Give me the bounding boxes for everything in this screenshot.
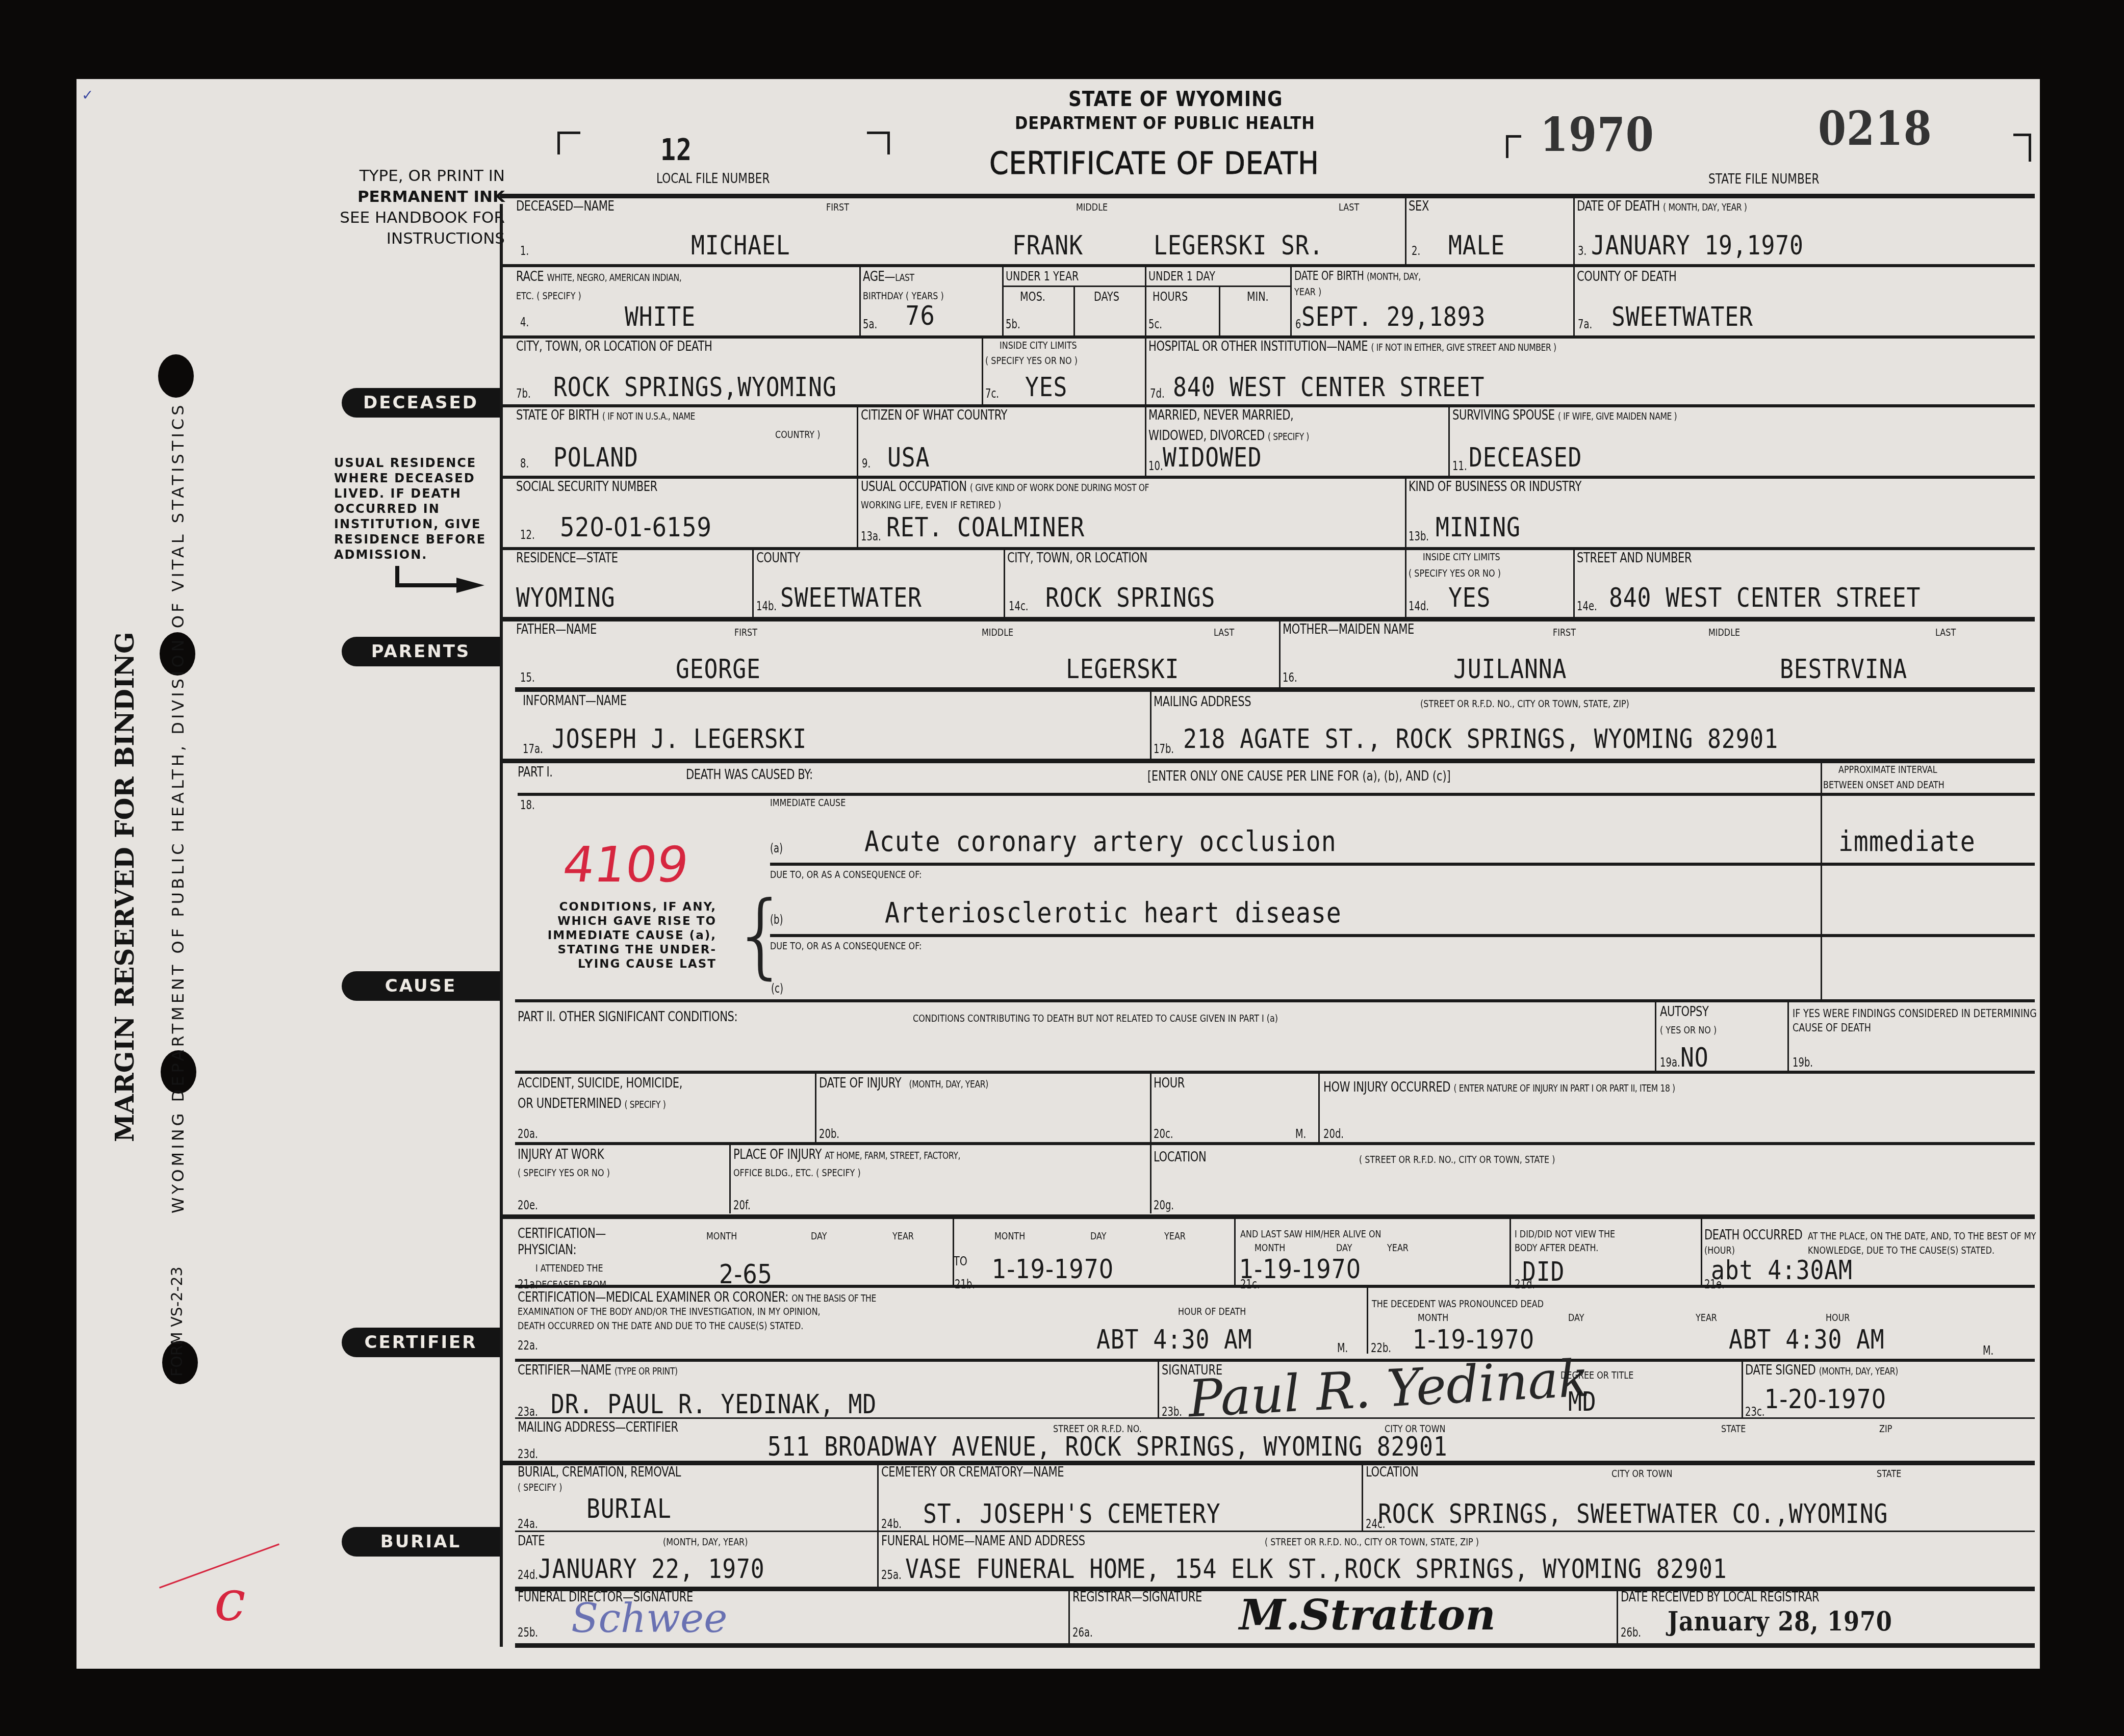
deceased-last-name: LEGERSKI SR. [1154,230,1323,261]
rule [515,1071,2035,1074]
divider [1405,196,1406,265]
rule [515,1643,2035,1648]
field-number: 13a. [861,529,881,543]
burial-date-value: JANUARY 22, 1970 [538,1554,765,1585]
divider [1318,1071,1320,1142]
industry-label: KIND OF BUSINESS OR INDUSTRY [1409,479,1581,495]
am-pm-suffix: M. [1983,1343,1993,1358]
divider [953,1219,954,1285]
divider [1145,265,1146,336]
under-1-year-label: UNDER 1 YEAR [1006,269,1079,283]
day-label: DAY [1336,1241,1352,1254]
rule [502,264,2035,267]
field-number: 20c. [1154,1127,1173,1141]
rule [502,759,2035,763]
divider [857,405,858,477]
injury-location-label: LOCATION [1154,1150,1206,1165]
cemetery-value: ST. JOSEPH'S CEMETERY [923,1499,1220,1530]
residence-city-value: ROCK SPRINGS [1045,583,1215,613]
min-label: MIN. [1247,290,1269,304]
dob-value: SEPT. 29,1893 [1301,302,1486,332]
funeral-home-hint: ( STREET OR R.F.D. NO., CITY OR TOWN, ST… [1265,1536,1479,1548]
occupation-label: USUAL OCCUPATION ( GIVE KIND OF WORK DON… [861,479,1149,495]
field-number: 25b. [518,1625,538,1640]
first-label: FIRST [1553,626,1576,638]
days-label: DAYS [1094,290,1119,304]
accident-label-2: OR UNDETERMINED ( SPECIFY ) [518,1096,666,1111]
father-first: GEORGE [676,654,761,685]
field-number: 17a. [523,742,543,756]
mailing-address-label: MAILING ADDRESS [1154,694,1251,710]
field-number: 14b. [756,599,777,613]
arrow-right-icon [395,583,459,587]
form-left-border [500,204,503,1647]
year-label: YEAR [1164,1230,1186,1242]
city-label: CITY OR TOWN [1611,1467,1672,1480]
divider [859,265,861,336]
divider [1573,265,1575,336]
divider [1290,265,1292,336]
field-number: 24d. [518,1568,538,1582]
residence-inside-label: INSIDE CITY LIMITS [1423,551,1500,563]
section-tab-cause: CAUSE [342,971,500,1001]
death-occurred-note: AT THE PLACE, ON THE DATE, AND, TO THE B… [1808,1229,2057,1257]
first-label: FIRST [826,201,849,213]
state-of-birth-hint: COUNTRY ) [775,428,820,441]
day-label: DAY [1568,1311,1584,1324]
year-label: YEAR [1696,1311,1717,1324]
rule [515,687,2035,692]
usual-residence-note: USUAL RESIDENCE WHERE DECEASED LIVED. IF… [334,455,486,562]
divider [857,477,858,548]
due-to-label: DUE TO, OR AS A CONSEQUENCE OF: [770,868,922,880]
dob-hint: YEAR ) [1294,286,1321,298]
me-text-2: DEATH OCCURRED ON THE DATE AND DUE TO TH… [518,1319,803,1332]
hospital-label: HOSPITAL OR OTHER INSTITUTION—NAME ( IF … [1148,339,1556,354]
divider [1362,1463,1363,1532]
field-number: 23b. [1162,1405,1182,1419]
last-label: LAST [1339,201,1359,213]
informant-mailing-value: 218 AGATE ST., ROCK SPRINGS, WYOMING 829… [1183,724,1778,755]
field-number: (b) [770,913,783,927]
deceased-from-label: DECEASED FROM [535,1278,606,1290]
field-number: 14e. [1577,599,1597,613]
immediate-cause-label: IMMEDIATE CAUSE [770,796,846,809]
view-body-label-2: BODY AFTER DEATH. [1515,1241,1598,1254]
margin-agency-text: WYOMING DEPARTMENT OF PUBLIC HEALTH, DIV… [168,402,188,1214]
viewed-value: DID [1522,1257,1565,1287]
divider [1004,548,1005,618]
autopsy-value: NO [1680,1043,1709,1073]
state-file-corner-mark [2013,134,2031,162]
rule [502,1214,2035,1219]
year-label: YEAR [892,1230,914,1242]
month-label: MONTH [994,1230,1025,1242]
residence-state-value: WYOMING [516,583,615,613]
cause-b-value: Arteriosclerotic heart disease [885,896,1342,929]
field-number: 4. [520,315,529,329]
am-pm-suffix: M. [1295,1127,1306,1141]
residence-state-label: RESIDENCE—STATE [516,551,618,566]
divider [1234,1219,1236,1285]
spouse-value: DECEASED [1469,443,1582,473]
document-title: CERTIFICATE OF DEATH [989,146,1319,182]
me-label: CERTIFICATION—MEDICAL EXAMINER OR CORONE… [518,1290,876,1305]
field-number: (c) [771,981,783,996]
rule [502,476,2035,479]
place-of-injury-label: PLACE OF INJURY AT HOME, FARM, STREET, F… [733,1147,960,1162]
injury-location-hint: ( STREET OR R.F.D. NO., CITY OR TOWN, ST… [1359,1153,1555,1165]
cause-instructions: [ENTER ONLY ONE CAUSE PER LINE FOR (a), … [1147,769,1451,784]
rule [515,1417,2035,1419]
burial-method-label: BURIAL, CREMATION, REMOVAL [518,1465,681,1480]
date-of-death-label: DATE OF DEATH ( MONTH, DAY, YEAR ) [1577,199,1747,214]
field-number: 10. [1148,459,1163,473]
due-to-label: DUE TO, OR AS A CONSEQUENCE OF: [770,940,922,952]
divider [815,1071,816,1142]
field-number: 1. [520,244,529,258]
city-of-death-value: ROCK SPRINGS,WYOMING [553,372,837,403]
hour-label: (HOUR) [1704,1244,1735,1256]
field-number: 7c. [985,386,999,401]
state-of-birth-label: STATE OF BIRTH ( IF NOT IN U.S.A., NAME [516,408,695,423]
sex-value: MALE [1448,230,1505,261]
divider [1367,1287,1368,1354]
field-number: 7d. [1150,386,1165,401]
am-pm-suffix: M. [1337,1341,1348,1355]
me-text: EXAMINATION OF THE BODY AND/OR THE INVES… [518,1305,821,1317]
residence-street-value: 840 WEST CENTER STREET [1609,583,1921,613]
death-hour-value: abt 4:30AM [1711,1255,1853,1286]
autopsy-hint: ( YES OR NO ) [1660,1024,1717,1036]
rule [515,1285,2035,1288]
form-number: FORM VS-2-23 [168,1266,186,1377]
divider [1073,286,1075,336]
deceased-middle-name: FRANK [1012,230,1083,261]
father-label: FATHER—NAME [516,622,597,637]
field-number: 5c. [1148,317,1162,331]
section-tab-certifier: CERTIFIER [342,1328,500,1357]
physician-label: PHYSICIAN: [518,1242,576,1258]
field-number: 8. [520,456,529,471]
caused-by-label: DEATH WAS CAUSED BY: [686,767,813,783]
divider [1701,1219,1702,1285]
month-label: MONTH [1255,1241,1285,1254]
mailing-address-hint: (STREET OR R.F.D. NO., CITY OR TOWN, STA… [1420,697,1629,710]
ssn-label: SOCIAL SECURITY NUMBER [516,479,657,495]
certifier-name-label: CERTIFIER—NAME (TYPE OR PRINT) [518,1363,678,1378]
state-file-year: 1970 [1540,107,1654,162]
race-label: RACE WHITE, NEGRO, AMERICAN INDIAN, [516,269,681,284]
zip-label: ZIP [1879,1422,1892,1435]
field-number: 14d. [1409,599,1429,613]
rule [770,863,2035,866]
last-saw-value: 1-19-1970 [1239,1254,1361,1285]
field-number: 5b. [1006,317,1020,331]
field-number: 21b. [955,1277,975,1291]
field-number: 23a. [518,1405,538,1419]
field-number: 20g. [1154,1198,1174,1212]
age-hint: BIRTHDAY ( YEARS ) [863,290,944,302]
autopsy-label: AUTOPSY [1660,1004,1708,1020]
residence-county-label: COUNTY [756,551,800,566]
last-label: LAST [1935,626,1956,638]
injury-date-label: DATE OF INJURY (MONTH, DAY, YEAR) [819,1076,988,1091]
date-of-death-value: JANUARY 19,1970 [1591,230,1804,261]
divider [1405,477,1406,548]
burial-location-label: LOCATION [1366,1465,1418,1480]
state-label: STATE [1721,1422,1746,1435]
part1-label: PART I. [518,765,553,780]
ssn-value: 520-01-6159 [560,512,712,543]
section-tab-burial: BURIAL [342,1527,500,1557]
rule [502,617,2035,621]
date-signed-value: 1-20-1970 [1764,1384,1886,1415]
field-number: 3. [1578,244,1586,258]
divider [1145,336,1146,405]
pronounced-label: THE DECEDENT WAS PRONOUNCED DEAD [1372,1298,1544,1310]
middle-label: MIDDLE [982,626,1013,638]
under-1-day-label: UNDER 1 DAY [1148,269,1215,283]
margin-binding-text: MARGIN RESERVED FOR BINDING [110,632,140,1142]
residence-inside-hint: ( SPECIFY YES OR NO ) [1409,567,1501,579]
field-number: 19a. [1660,1055,1680,1070]
certifier-name-value: DR. PAUL R. YEDINAK, MD [551,1389,877,1420]
rule [515,1359,2035,1362]
informant-value: JOSEPH J. LEGERSKI [552,724,807,755]
deceased-name-label: DECEASED—NAME [516,199,614,214]
degree-value: MD [1568,1387,1597,1417]
field-number: 19b. [1793,1055,1813,1070]
funeral-home-value: VASE FUNERAL HOME, 154 ELK ST.,ROCK SPRI… [905,1554,1727,1585]
date-received-label: DATE RECEIVED BY LOCAL REGISTRAR [1621,1590,1819,1605]
field-number: 20b. [819,1127,839,1141]
marital-label: MARRIED, NEVER MARRIED, [1148,408,1293,423]
field-number: (a) [770,841,783,856]
burial-date-hint: (MONTH, DAY, YEAR) [663,1536,748,1548]
divider [1145,405,1146,477]
field-number: 20f. [733,1198,751,1212]
cause-a-interval: immediate [1838,825,1976,858]
divider [877,1463,879,1532]
rule [770,934,2035,937]
divider [1509,1219,1511,1285]
field-number: 14c. [1009,599,1029,613]
hour-of-death-label: HOUR OF DEATH [1178,1305,1246,1317]
pronounced-date-value: 1-19-1970 [1413,1325,1534,1355]
mother-label: MOTHER—MAIDEN NAME [1283,622,1414,637]
date-signed-label: DATE SIGNED (MONTH, DAY, YEAR) [1745,1363,1898,1378]
middle-label: MIDDLE [1708,626,1740,638]
section-tab-deceased: DECEASED [342,388,500,418]
rule [515,1142,2035,1145]
field-number: 24a. [518,1517,538,1531]
certifier-mailing-value: 511 BROADWAY AVENUE, ROCK SPRINGS, WYOMI… [767,1432,1448,1462]
rule [500,194,2035,198]
divider [1219,286,1220,336]
hours-label: HOURS [1153,290,1188,304]
arrow-right-icon [456,578,484,593]
attended-to-value: 1-19-1970 [992,1254,1114,1285]
death-occurred-label: DEATH OCCURRED [1704,1228,1802,1243]
divider [1158,1360,1159,1419]
dob-label: DATE OF BIRTH (MONTH, DAY, [1294,269,1421,283]
divider [1150,688,1151,760]
at-work-label: INJURY AT WORK [518,1147,604,1162]
red-pencil-mark: c [214,1568,246,1633]
burial-method-value: BURIAL [586,1494,672,1524]
field-number: 7a. [1578,317,1592,331]
mother-first: JUILANNA [1453,654,1567,685]
divider [1787,1002,1789,1071]
inside-city-label: INSIDE CITY LIMITS [1000,339,1077,351]
mother-last: BESTRVINA [1780,654,1907,685]
divider [1821,762,1822,999]
rule [502,1461,2035,1465]
interval-label: APPROXIMATE INTERVAL [1838,763,1937,775]
how-injury-label: HOW INJURY OCCURRED ( ENTER NATURE OF IN… [1323,1080,1675,1095]
part2-hint: CONDITIONS CONTRIBUTING TO DEATH BUT NOT… [913,1012,1278,1024]
to-label: TO [954,1254,967,1268]
field-number: 23d. [518,1447,538,1461]
age-label: AGE—LAST [863,269,914,284]
field-number: 6 [1295,317,1301,331]
hour-of-death-value: ABT 4:30 AM [1096,1325,1252,1355]
occupation-hint: WORKING LIFE, EVEN IF RETIRED ) [861,499,1001,511]
rule [515,999,2035,1002]
field-number: 2. [1412,244,1420,258]
ink-instructions: TYPE, OR PRINT IN PERMANENT INK SEE HAND… [311,166,505,249]
physician-cert-label: CERTIFICATION— [518,1226,606,1241]
state-name: STATE OF WYOMING [1068,88,1283,111]
middle-label: MIDDLE [1076,201,1108,213]
burial-method-hint: ( SPECIFY ) [518,1481,562,1493]
deceased-first-name: MICHAEL [691,230,790,261]
hour-label: HOUR [1826,1311,1850,1324]
funeral-home-label: FUNERAL HOME—NAME AND ADDRESS [881,1534,1085,1549]
divider [1279,619,1281,688]
residence-street-label: STREET AND NUMBER [1577,551,1692,566]
rule [518,793,2035,796]
month-label: MONTH [1418,1311,1448,1324]
sex-label: SEX [1409,199,1429,214]
interval-label-2: BETWEEN ONSET AND DEATH [1823,779,1944,791]
marital-label-2: WIDOWED, DIVORCED ( SPECIFY ) [1148,428,1309,444]
part2-label: PART II. OTHER SIGNIFICANT CONDITIONS: [518,1009,737,1025]
rule [502,547,2035,550]
findings-label: IF YES WERE FINDINGS CONSIDERED IN DETER… [1793,1007,2037,1035]
registrar-label: REGISTRAR—SIGNATURE [1072,1590,1202,1605]
rule [515,1531,2035,1532]
county-of-death-value: SWEETWATER [1611,302,1753,332]
divider [1742,1360,1743,1419]
divider [752,548,754,618]
residence-county-value: SWEETWATER [780,583,922,613]
view-body-label: I DID/DID NOT VIEW THE [1515,1228,1615,1240]
burial-date-label: DATE [518,1534,545,1549]
residence-city-label: CITY, TOWN, OR LOCATION [1007,551,1147,566]
divider [729,1142,731,1213]
state-file-number: 0218 [1818,101,1932,156]
field-number: 24b. [881,1517,902,1531]
certifier-mailing-label: MAILING ADDRESS—CERTIFIER [518,1420,678,1435]
red-code-annotation: 4109 [559,836,692,893]
inside-city-hint: ( SPECIFY YES OR NO ) [985,354,1078,367]
spouse-label: SURVIVING SPOUSE ( IF WIFE, GIVE MAIDEN … [1452,408,1677,423]
field-number: 22b. [1371,1341,1391,1355]
last-label: LAST [1214,626,1234,638]
pronounced-hour-value: ABT 4:30 AM [1729,1325,1885,1355]
state-label: STATE [1877,1467,1901,1480]
field-number: 11. [1452,459,1467,473]
day-label: DAY [811,1230,827,1242]
department-name: DEPARTMENT OF PUBLIC HEALTH [1015,113,1315,134]
at-work-hint: ( SPECIFY YES OR NO ) [518,1167,610,1179]
burial-location-value: ROCK SPRINGS, SWEETWATER CO.,WYOMING [1378,1499,1888,1530]
state-of-birth-value: POLAND [553,443,638,473]
conditions-note: CONDITIONS, IF ANY, WHICH GAVE RISE TO I… [543,900,716,971]
industry-value: MINING [1436,512,1521,543]
last-saw-label: AND LAST SAW HIM/HER ALIVE ON [1240,1228,1381,1240]
registrar-signature: M.Stratton [1239,1591,1496,1640]
field-number: 12. [520,528,535,542]
city-of-death-label: CITY, TOWN, OR LOCATION OF DEATH [516,339,712,354]
place-of-injury-hint: OFFICE BLDG., ETC. ( SPECIFY ) [733,1167,861,1179]
divider [1448,405,1450,477]
divider [1068,1588,1070,1645]
divider [1002,265,1004,336]
local-file-number-label: LOCAL FILE NUMBER [656,171,770,187]
citizen-label: CITIZEN OF WHAT COUNTRY [861,408,1007,423]
file-corner-mark [557,132,580,154]
local-file-number: 12 [660,133,692,167]
citizen-value: USA [887,443,930,473]
field-number: 26b. [1621,1625,1641,1640]
field-number: 17b. [1154,742,1174,756]
section-tab-parents: PARENTS [342,637,500,666]
attended-label: I ATTENDED THE [535,1262,603,1274]
mos-label: MOS. [1020,290,1045,304]
race-value: WHITE [625,302,696,332]
field-number: 9. [862,456,871,471]
month-label: MONTH [706,1230,737,1242]
cause-a-value: Acute coronary artery occlusion [864,825,1337,858]
divider [1655,1002,1656,1071]
divider [1573,196,1575,265]
informant-label: INFORMANT—NAME [523,693,627,709]
field-number: 16. [1283,670,1297,685]
funeral-director-signature: Schwee [571,1596,727,1642]
field-number: 15. [520,670,535,685]
field-number: 20a. [518,1127,538,1141]
accident-label: ACCIDENT, SUICIDE, HOMICIDE, [518,1076,682,1091]
field-number: 22a. [518,1338,538,1353]
field-number: 25a. [881,1568,902,1582]
divider [877,1532,879,1588]
date-received-value: January 28, 1970 [1668,1606,1892,1637]
day-label: DAY [1090,1230,1107,1242]
county-of-death-label: COUNTY OF DEATH [1577,269,1676,284]
injury-hour-label: HOUR [1154,1076,1185,1091]
age-value: 76 [905,301,935,331]
hospital-value: 840 WEST CENTER STREET [1173,372,1485,403]
divider [1405,548,1406,618]
state-file-number-label: STATE FILE NUMBER [1708,171,1819,187]
cemetery-label: CEMETERY OR CREMATORY—NAME [881,1465,1064,1480]
divider [982,336,983,405]
inside-city-value: YES [1025,372,1067,403]
degree-label: DEGREE OR TITLE [1560,1369,1633,1381]
